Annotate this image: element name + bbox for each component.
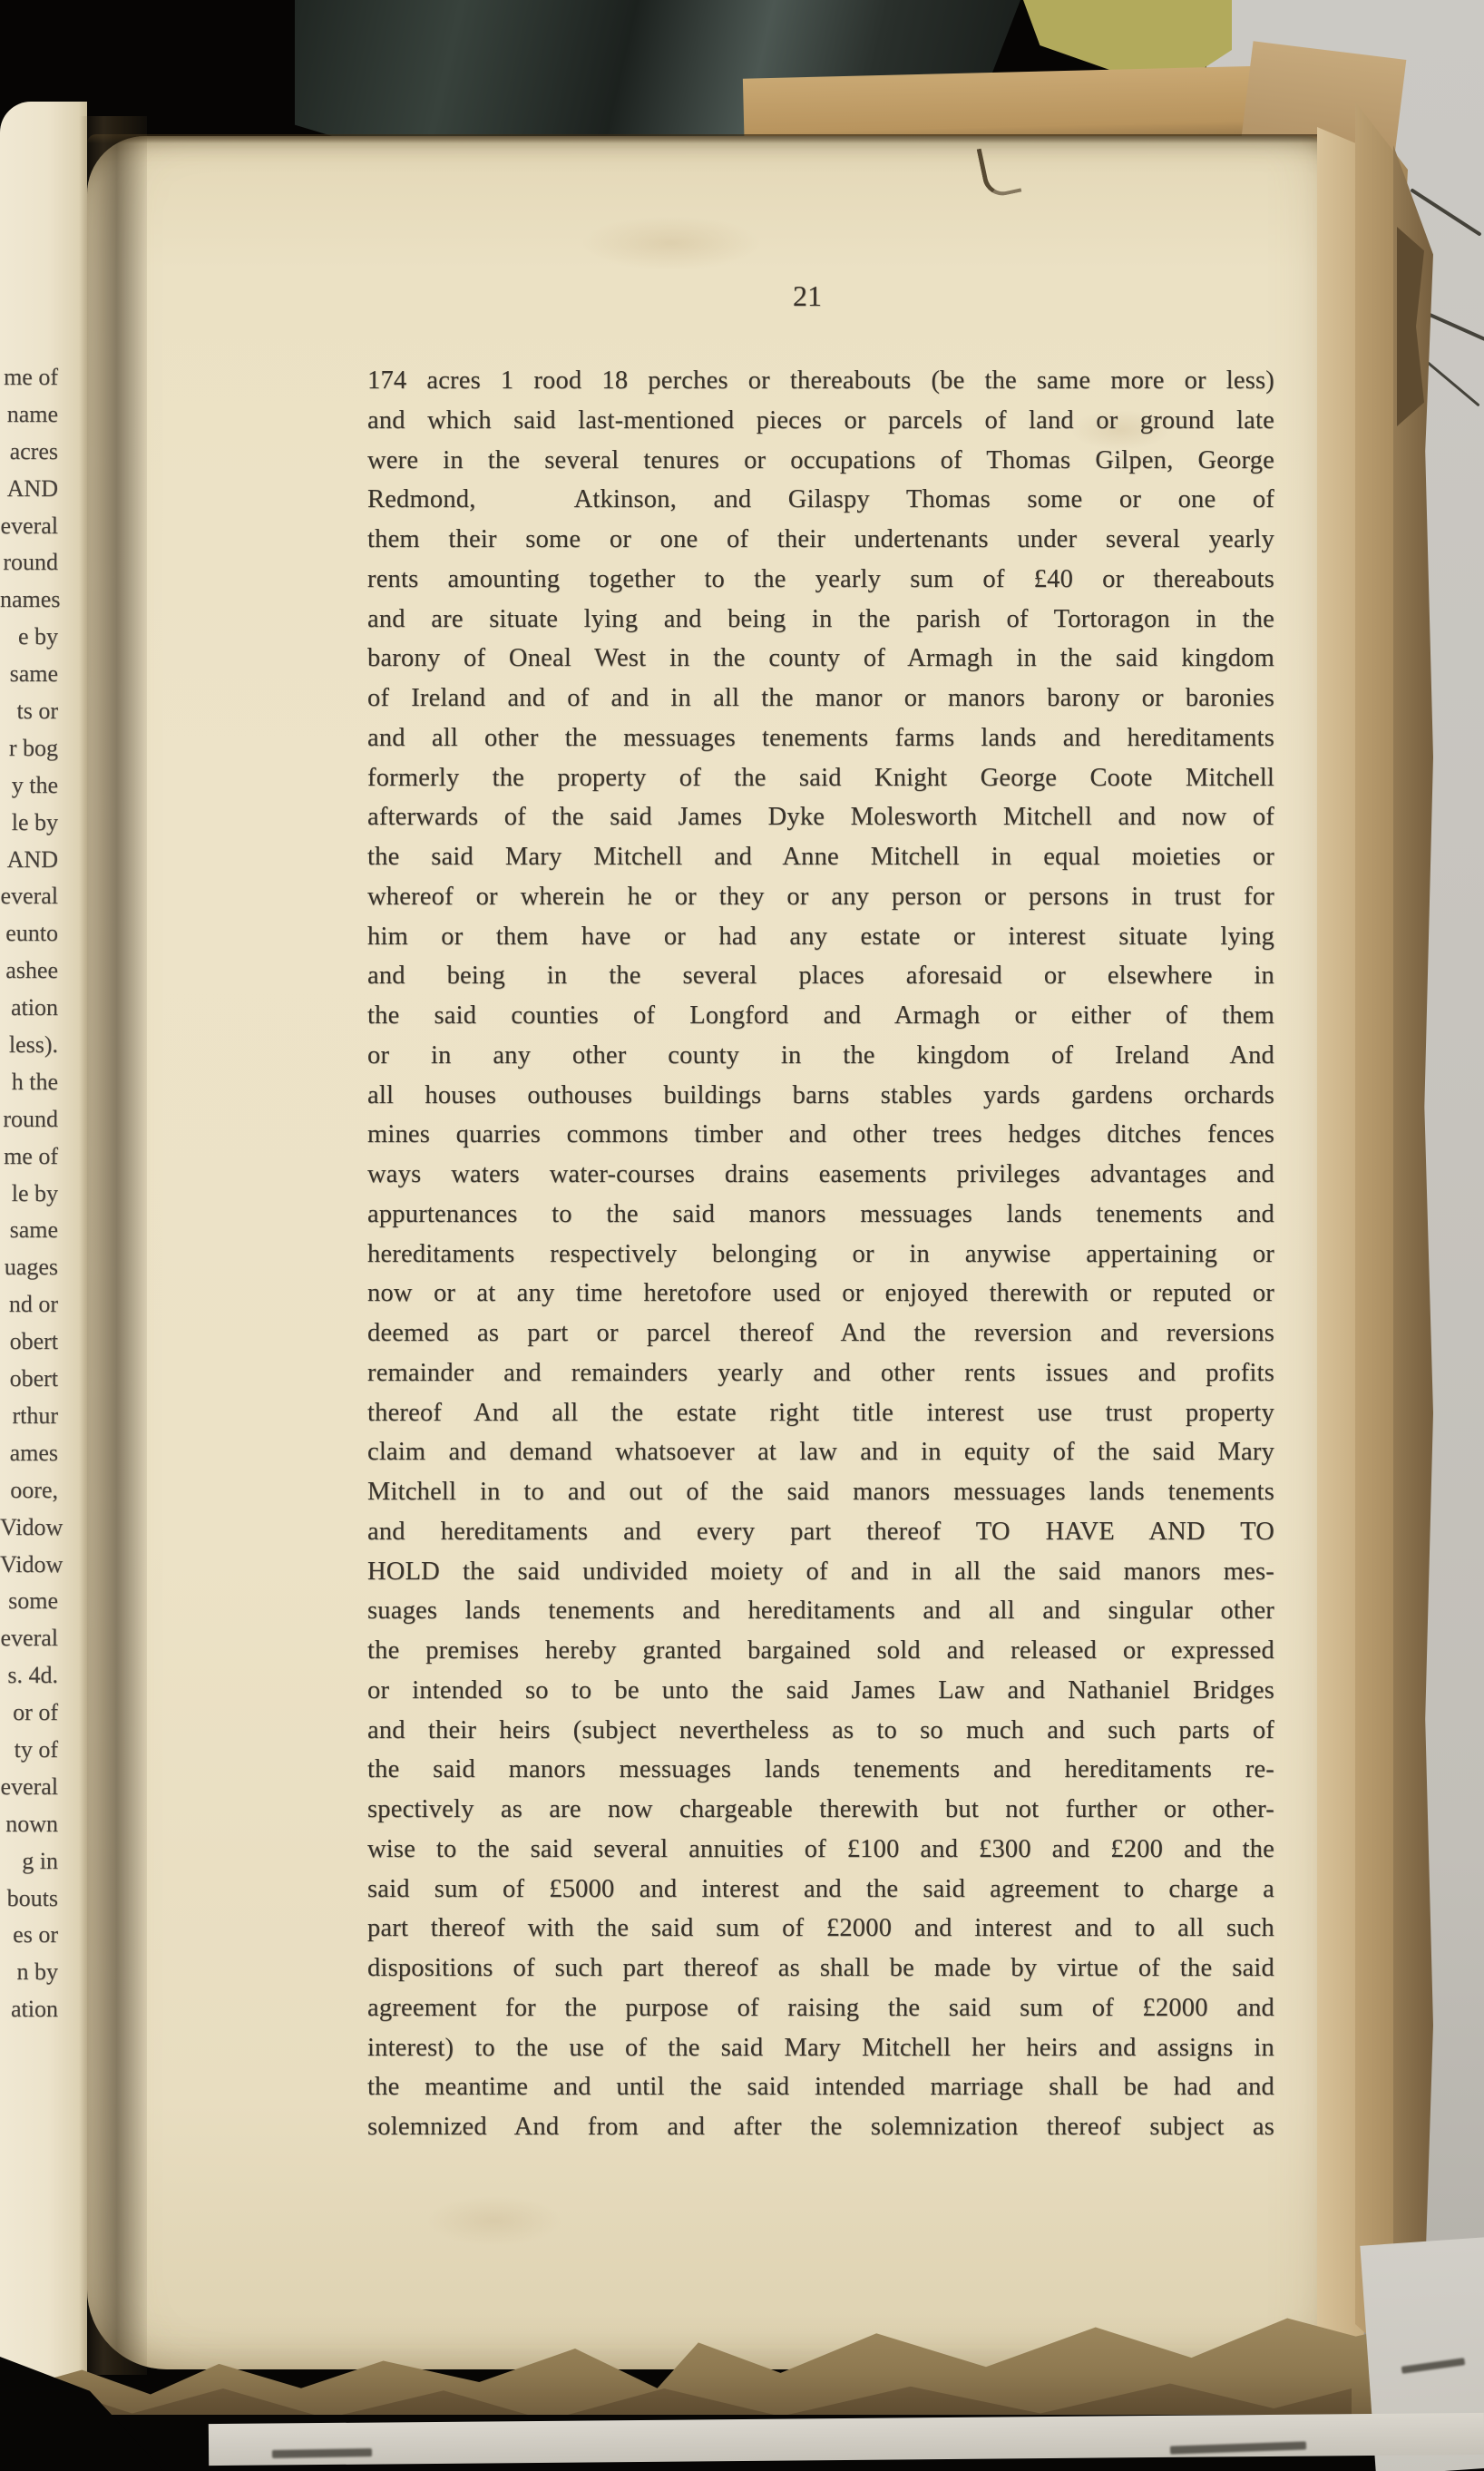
text-line: dispositions of such part thereof as sha… xyxy=(367,1948,1274,1988)
text-line: the said manors messuages lands tenement… xyxy=(367,1750,1274,1790)
text-line: whereof or wherein he or they or any per… xyxy=(367,877,1274,917)
text-line: barony of Oneal West in the county of Ar… xyxy=(367,639,1274,679)
margin-fragment: ty of xyxy=(0,1732,58,1769)
book-photo: me ofnameacresANDeveralroundnamese bysam… xyxy=(0,0,1484,2471)
margin-fragment: Vidow xyxy=(0,1509,58,1547)
margin-fragment: r bog xyxy=(0,730,58,767)
text-line: part thereof with the said sum of £2000 … xyxy=(367,1909,1274,1948)
text-line: the premises hereby granted bargained so… xyxy=(367,1631,1274,1671)
text-line: all houses outhouses buildings barns sta… xyxy=(367,1076,1274,1116)
text-line: deemed as part or parcel thereof And the… xyxy=(367,1314,1274,1353)
paper-stain xyxy=(426,2195,562,2246)
text-line: now or at any time heretofore used or en… xyxy=(367,1274,1274,1314)
ink-smudge xyxy=(272,2448,372,2458)
text-line: them their some or one of their underten… xyxy=(367,520,1274,560)
margin-fragment: nd or xyxy=(0,1286,58,1323)
margin-fragment: ts or xyxy=(0,693,58,730)
text-line: the said counties of Longford and Armagh… xyxy=(367,996,1274,1036)
text-line: remainder and remainders yearly and othe… xyxy=(367,1353,1274,1393)
margin-fragment: ames xyxy=(0,1435,58,1472)
margin-fragment: g in xyxy=(0,1843,58,1880)
margin-fragment: eunto xyxy=(0,915,58,952)
margin-fragment: ation xyxy=(0,1991,58,2028)
text-line: hereditaments respectively belonging or … xyxy=(367,1235,1274,1275)
text-line: formerly the property of the said Knight… xyxy=(367,758,1274,798)
text-line: and which said last-mentioned pieces or … xyxy=(367,401,1274,441)
margin-fragment: everal xyxy=(0,878,58,915)
text-line: or in any other county in the kingdom of… xyxy=(367,1036,1274,1076)
text-line: HOLD the said undivided moiety of and in… xyxy=(367,1552,1274,1592)
text-line: were in the several tenures or occupatio… xyxy=(367,441,1274,481)
text-line: wise to the said several annuities of £1… xyxy=(367,1830,1274,1870)
text-line: the said Mary Mitchell and Anne Mitchell… xyxy=(367,837,1274,877)
gutter-shadow xyxy=(80,116,147,2375)
text-line: said sum of £5000 and interest and the s… xyxy=(367,1870,1274,1909)
margin-fragment: bouts xyxy=(0,1880,58,1918)
margin-fragment: names xyxy=(0,581,58,619)
margin-fragment: me of xyxy=(0,1138,58,1176)
margin-fragment: n by xyxy=(0,1954,58,1991)
page-number: 21 xyxy=(753,279,862,313)
margin-fragment: ation xyxy=(0,990,58,1027)
text-line: the meantime and until the said intended… xyxy=(367,2067,1274,2107)
margin-fragment: e by xyxy=(0,619,58,656)
text-line: appurtenances to the said manors messuag… xyxy=(367,1195,1274,1235)
previous-page-text-fragments: me ofnameacresANDeveralroundnamese bysam… xyxy=(0,359,58,2028)
margin-fragment: everal xyxy=(0,508,58,545)
margin-fragment: nown xyxy=(0,1806,58,1843)
text-line: rents amounting together to the yearly s… xyxy=(367,560,1274,600)
text-line-segment: Atkinson, and Gilaspy Thomas some or one… xyxy=(574,480,1274,520)
margin-fragment: oore, xyxy=(0,1472,58,1509)
margin-fragment: uages xyxy=(0,1249,58,1286)
text-block: 174 acres 1 rood 18 perches or thereabou… xyxy=(367,361,1274,2147)
text-line: Mitchell in to and out of the said manor… xyxy=(367,1472,1274,1512)
margin-fragment: AND xyxy=(0,842,58,879)
margin-fragment: everal xyxy=(0,1620,58,1657)
margin-fragment: round xyxy=(0,1101,58,1138)
text-line: and being in the several places aforesai… xyxy=(367,956,1274,996)
margin-fragment: round xyxy=(0,544,58,581)
text-line: him or them have or had any estate or in… xyxy=(367,917,1274,957)
margin-fragment: AND xyxy=(0,471,58,508)
margin-fragment: or of xyxy=(0,1695,58,1732)
text-line: and are situate lying and being in the p… xyxy=(367,600,1274,640)
text-line: solemnized And from and after the solemn… xyxy=(367,2107,1274,2147)
margin-fragment: y the xyxy=(0,767,58,805)
margin-fragment: rthur xyxy=(0,1398,58,1435)
text-line-segment: Redmond, xyxy=(367,480,476,520)
margin-fragment: me of xyxy=(0,359,58,396)
margin-fragment: le by xyxy=(0,1176,58,1213)
margin-fragment: acres xyxy=(0,434,58,471)
page-top-edge-shadow xyxy=(87,134,1332,143)
margin-fragment: same xyxy=(0,1212,58,1249)
margin-fragment: less). xyxy=(0,1027,58,1064)
text-line: of Ireland and of and in all the manor o… xyxy=(367,679,1274,718)
text-line: suages lands tenements and hereditaments… xyxy=(367,1591,1274,1631)
text-line: Redmond,Atkinson, and Gilaspy Thomas som… xyxy=(367,480,1274,520)
margin-fragment: Vidow xyxy=(0,1547,58,1584)
text-line: agreement for the purpose of raising the… xyxy=(367,1988,1274,2028)
margin-fragment: some xyxy=(0,1583,58,1620)
margin-fragment: ashee xyxy=(0,952,58,990)
margin-fragment: h the xyxy=(0,1064,58,1101)
text-line: 174 acres 1 rood 18 perches or thereabou… xyxy=(367,361,1274,401)
paper-stain xyxy=(581,216,762,270)
margin-fragment: same xyxy=(0,656,58,693)
text-line: interest) to the use of the said Mary Mi… xyxy=(367,2028,1274,2068)
margin-fragment: name xyxy=(0,396,58,434)
text-line: claim and demand whatsoever at law and i… xyxy=(367,1432,1274,1472)
text-line: spectively as are now chargeable therewi… xyxy=(367,1790,1274,1830)
margin-fragment: everal xyxy=(0,1769,58,1806)
margin-fragment: le by xyxy=(0,805,58,842)
margin-fragment: s. 4d. xyxy=(0,1657,58,1695)
margin-fragment: es or xyxy=(0,1917,58,1954)
text-line: mines quarries commons timber and other … xyxy=(367,1115,1274,1155)
text-line: and their heirs (subject nevertheless as… xyxy=(367,1711,1274,1751)
text-line: and hereditaments and every part thereof… xyxy=(367,1512,1274,1552)
text-line: thereof And all the estate right title i… xyxy=(367,1393,1274,1433)
text-line: and all other the messuages tenements fa… xyxy=(367,718,1274,758)
margin-fragment: obert xyxy=(0,1361,58,1398)
text-line: afterwards of the said James Dyke Molesw… xyxy=(367,797,1274,837)
text-line: or intended so to be unto the said James… xyxy=(367,1671,1274,1711)
text-line: ways waters water-courses drains easemen… xyxy=(367,1155,1274,1195)
margin-fragment: obert xyxy=(0,1323,58,1361)
